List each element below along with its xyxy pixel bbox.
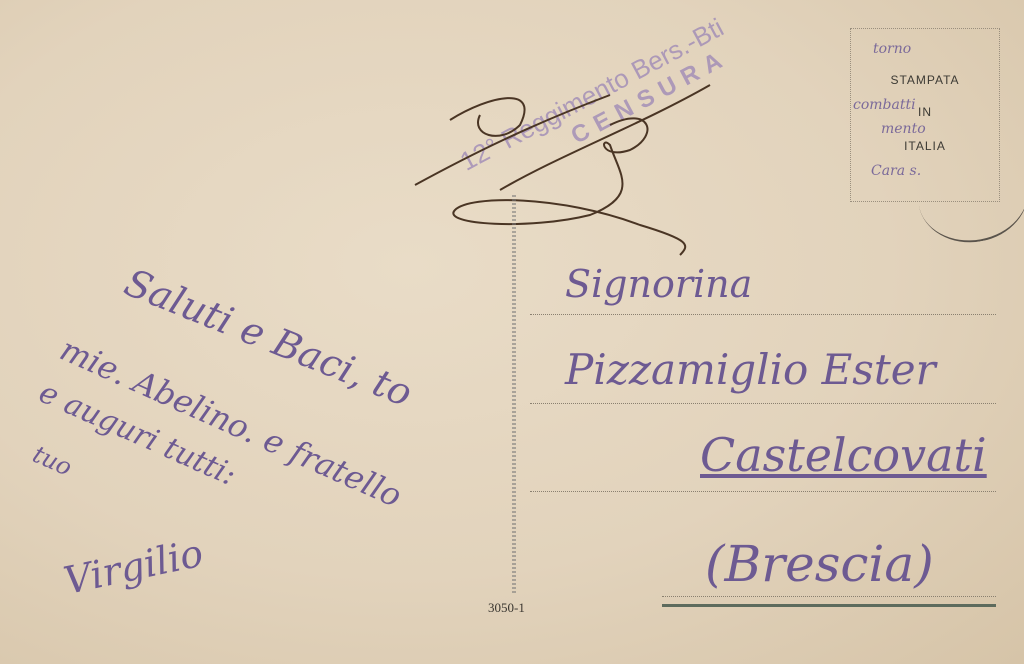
card-divider bbox=[512, 195, 516, 595]
address-town: Castelcovati bbox=[700, 428, 987, 482]
stamp-handwriting-1: torno bbox=[873, 41, 911, 57]
stamp-handwriting-3: mento bbox=[881, 121, 926, 137]
message-signature: Virgilio bbox=[60, 531, 207, 603]
address-name: Pizzamiglio Ester bbox=[565, 345, 936, 394]
print-code: 3050-1 bbox=[488, 600, 525, 616]
stamp-text-stampata: STAMPATA bbox=[851, 73, 999, 87]
postcard-back: torno STAMPATA combatti IN mento ITALIA … bbox=[0, 0, 1024, 664]
address-line-2 bbox=[530, 403, 996, 404]
address-province: (Brescia) bbox=[705, 535, 934, 593]
address-line-4 bbox=[662, 596, 996, 597]
address-underline bbox=[662, 604, 996, 607]
address-line-1 bbox=[530, 314, 996, 315]
stamp-text-in: IN bbox=[851, 105, 999, 119]
stamp-handwriting-4: Cara s. bbox=[871, 163, 921, 179]
message-line-4: tuo bbox=[29, 440, 77, 482]
address-line-3 bbox=[530, 491, 996, 492]
address-salutation: Signorina bbox=[565, 262, 752, 306]
